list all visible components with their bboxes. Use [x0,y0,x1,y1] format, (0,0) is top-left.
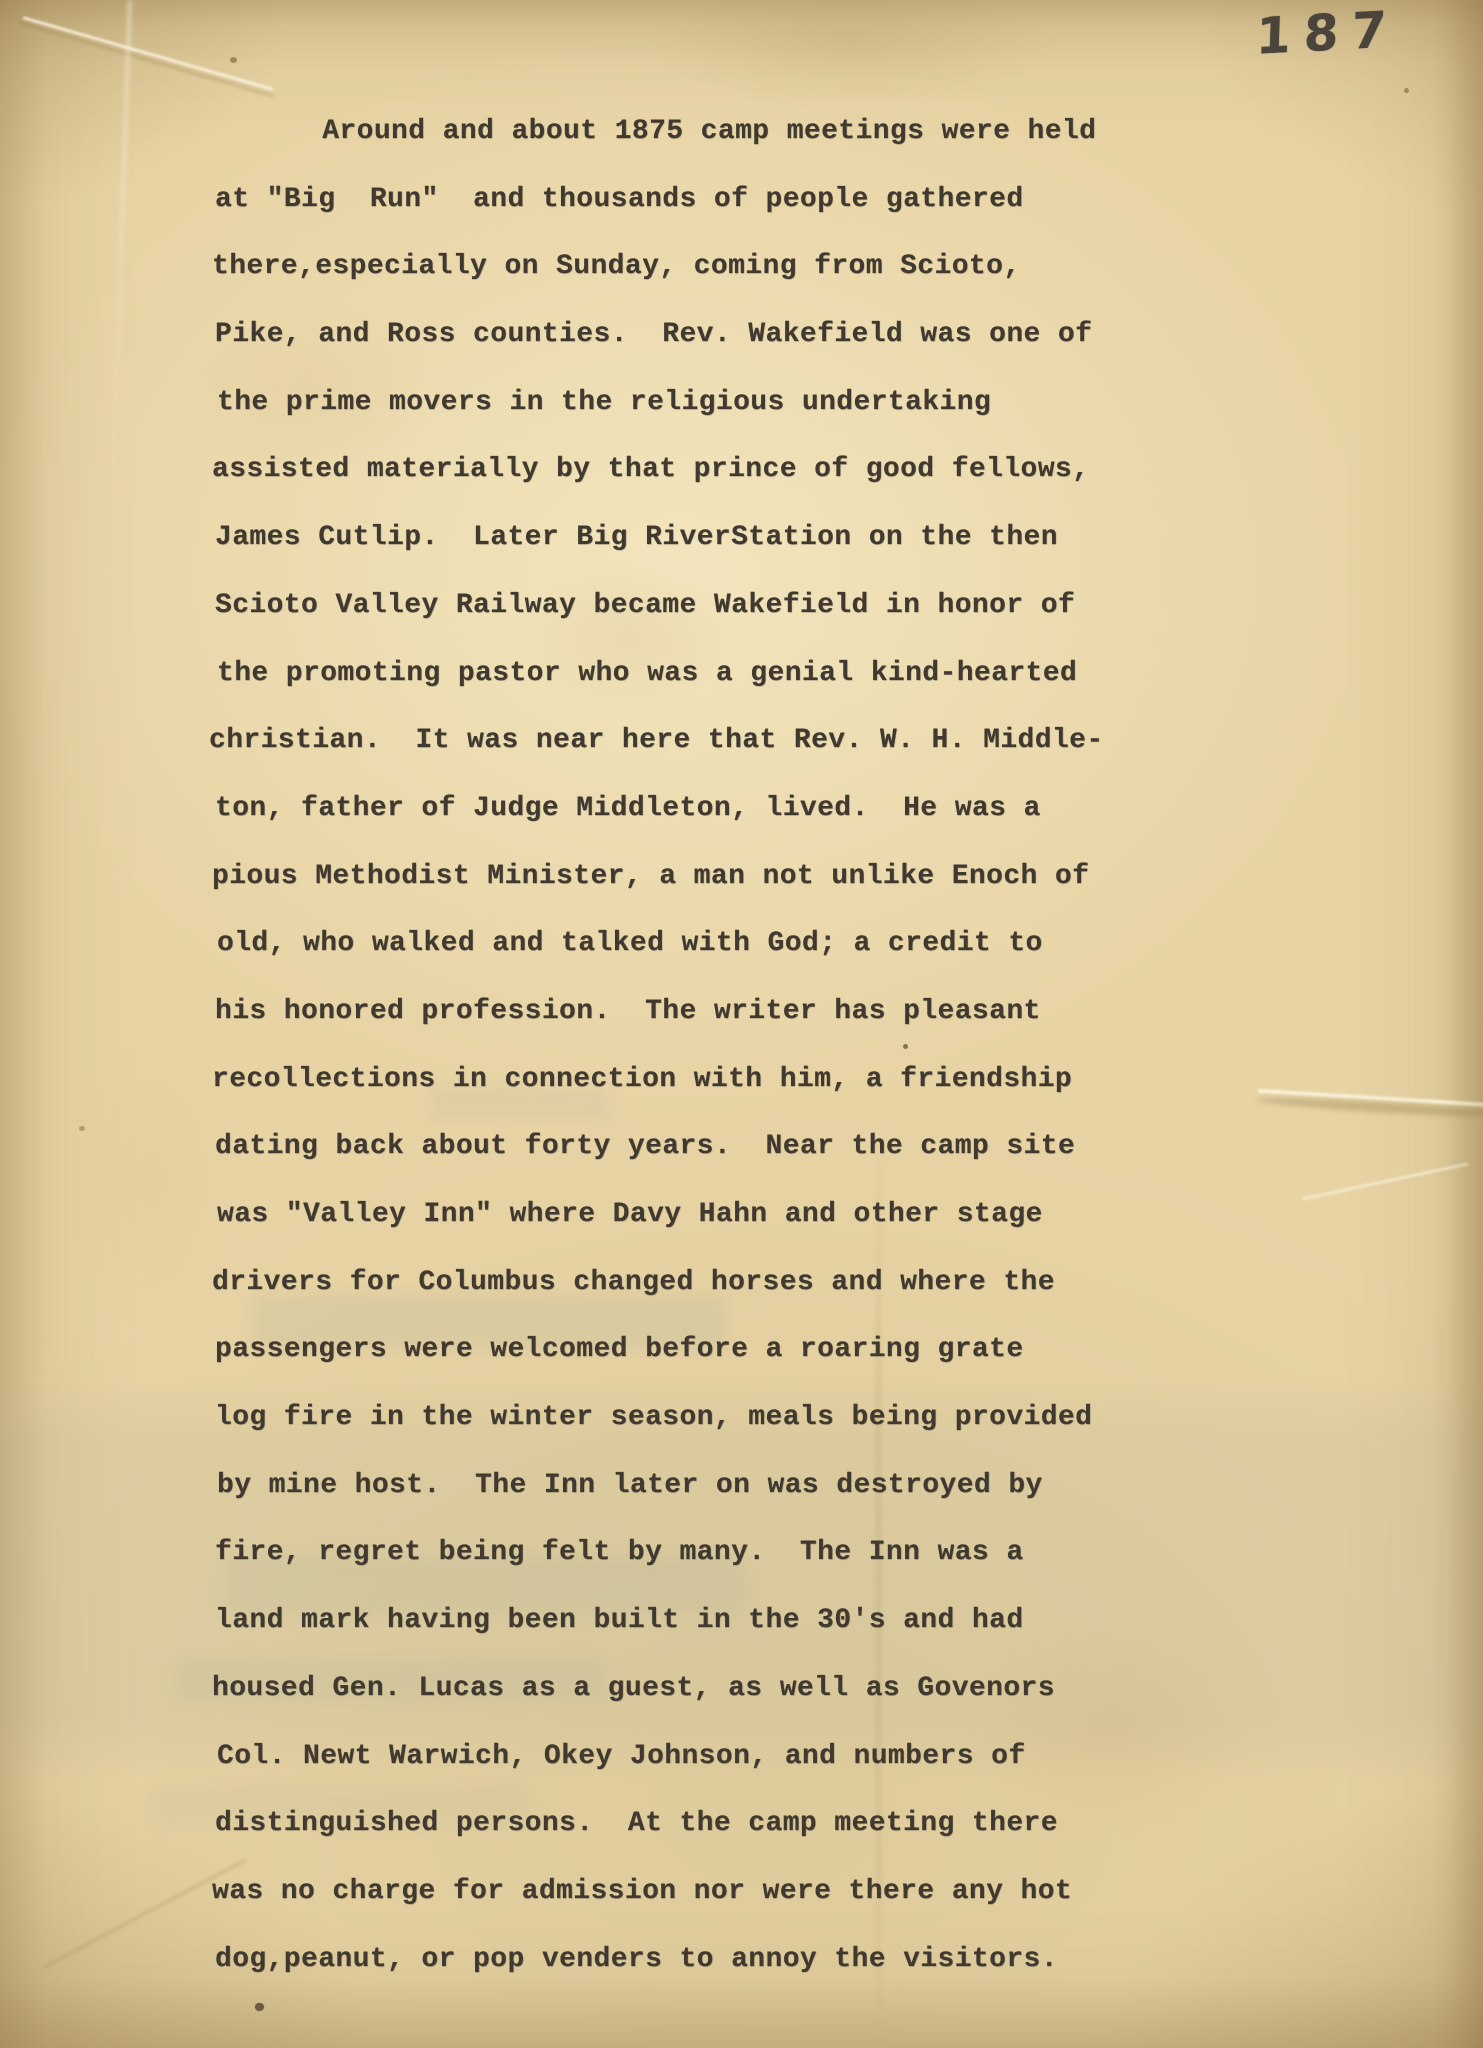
text-line: pious Methodist Minister, a man not unli… [212,843,1312,911]
text-line: was no charge for admission nor were the… [212,1858,1312,1926]
text-line: Col. Newt Warwich, Okey Johnson, and num… [217,1723,1317,1791]
text-line: housed Gen. Lucas as a guest, as well as… [212,1655,1312,1723]
text-line: there,especially on Sunday, coming from … [212,233,1312,301]
text-line: recollections in connection with him, a … [212,1046,1312,1114]
ink-speck [255,2003,264,2011]
paper-crease [23,16,274,91]
text-line: drivers for Columbus changed horses and … [212,1249,1312,1317]
text-line: was "Valley Inn" where Davy Hahn and oth… [217,1181,1317,1249]
text-line: fire, regret being felt by many. The Inn… [215,1519,1315,1587]
text-line: dog,peanut, or pop venders to annoy the … [215,1926,1315,1994]
text-line: passengers were welcomed before a roarin… [215,1316,1315,1384]
text-line: log fire in the winter season, meals bei… [215,1384,1315,1452]
text-line: dating back about forty years. Near the … [215,1113,1315,1181]
scanned-manuscript-page: 187 Around and about 1875 camp meetings … [0,0,1483,2048]
handwritten-page-number: 187 [1255,0,1400,66]
text-line: distinguished persons. At the camp meeti… [215,1790,1315,1858]
text-line: Around and about 1875 camp meetings were… [219,98,1319,166]
typewritten-text-block: Around and about 1875 camp meetings were… [215,98,1315,1993]
text-line: land mark having been built in the 30's … [215,1587,1315,1655]
text-line: at "Big Run" and thousands of people gat… [215,166,1315,234]
paper-crease [1302,1162,1469,1200]
text-line: assisted materially by that prince of go… [212,436,1312,504]
text-line: the prime movers in the religious undert… [217,369,1317,437]
text-line: Pike, and Ross counties. Rev. Wakefield … [215,301,1315,369]
paper-speck [230,57,237,63]
paper-speck [79,1126,85,1131]
text-line: his honored profession. The writer has p… [215,978,1315,1046]
paper-stain [640,0,1060,110]
text-line: by mine host. The Inn later on was destr… [217,1452,1317,1520]
text-line: christian. It was near here that Rev. W.… [209,707,1309,775]
text-line: old, who walked and talked with God; a c… [217,910,1317,978]
text-line: Scioto Valley Railway became Wakefield i… [215,572,1315,640]
text-line: ton, father of Judge Middleton, lived. H… [215,775,1315,843]
paper-fold [108,0,132,560]
text-line: the promoting pastor who was a genial ki… [217,640,1317,708]
text-line: James Cutlip. Later Big RiverStation on … [215,504,1315,572]
paper-speck [1404,88,1409,93]
